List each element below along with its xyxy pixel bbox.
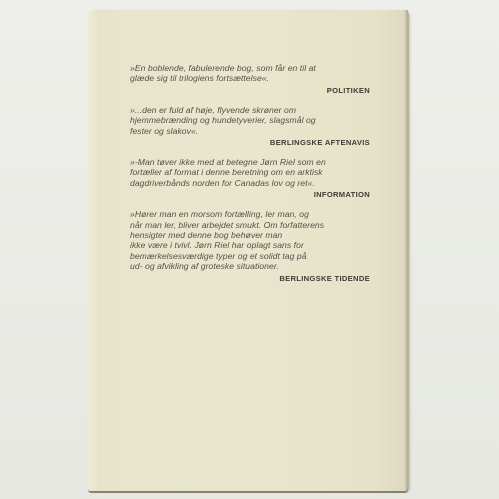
review-source: POLITIKEN [130, 85, 370, 96]
book-back-cover: »En boblende, fabulerende bog, som får e… [88, 10, 408, 491]
review-berlingske-aftenavis: »...den er fuld af høje, flyvende skrøne… [130, 105, 370, 148]
photo-scene: »En boblende, fabulerende bog, som får e… [0, 0, 499, 499]
review-politiken: »En boblende, fabulerende bog, som får e… [130, 63, 370, 96]
review-source: BERLINGSKE TIDENDE [130, 273, 370, 284]
review-quote: »En boblende, fabulerende bog, som får e… [130, 63, 370, 84]
review-quote: »-Man tøver ikke med at betegne Jørn Rie… [130, 157, 370, 188]
review-quote: »Hører man en morsom fortælling, ler man… [130, 209, 370, 271]
review-information: »-Man tøver ikke med at betegne Jørn Rie… [130, 157, 370, 200]
review-source: INFORMATION [130, 189, 370, 200]
review-quotes: »En boblende, fabulerende bog, som får e… [130, 63, 370, 293]
review-quote: »...den er fuld af høje, flyvende skrøne… [130, 105, 370, 136]
review-source: BERLINGSKE AFTENAVIS [130, 137, 370, 148]
review-berlingske-tidende: »Hører man en morsom fortælling, ler man… [130, 209, 370, 283]
